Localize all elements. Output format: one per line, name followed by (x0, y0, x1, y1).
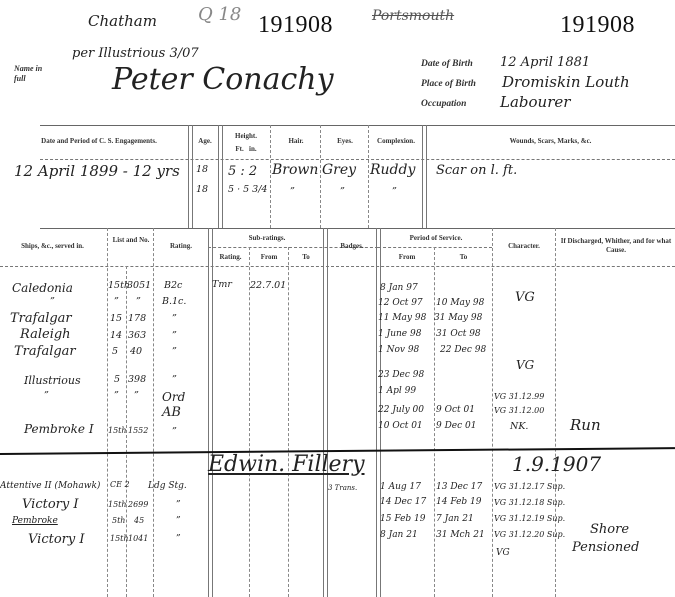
description-header-rule (40, 159, 675, 160)
number-ditto: ” (136, 296, 141, 307)
ship-name: Victory I (28, 532, 84, 547)
period-from: 1 Apl 99 (378, 386, 416, 396)
period-from: 8 Jan 21 (380, 530, 418, 540)
eyes-value: Grey (322, 162, 356, 178)
period-from: 1 Nov 98 (378, 345, 419, 355)
header-character: Character. (493, 242, 555, 250)
hair-value: Brown (272, 162, 318, 178)
height-value: 5 · 5 3/4 (228, 184, 267, 195)
rating-value: Ldg Stg. (148, 481, 187, 491)
age-value: 18 (196, 164, 208, 175)
header-eyes: Eyes. (322, 137, 368, 145)
list-value: 5 (114, 374, 120, 385)
character-value: VG 31.12.99 (494, 392, 544, 401)
header-sub-ratings: Sub-ratings. (212, 234, 322, 242)
engagement-date: 12 April 1899 - 12 yrs (14, 162, 180, 180)
period-from: 23 Dec 98 (378, 370, 424, 380)
ship-name: Pembroke I (24, 422, 94, 436)
period-to: 9 Oct 01 (436, 405, 475, 415)
struck-port: Portsmouth (372, 8, 454, 24)
header-list-no: List and No. (110, 236, 152, 245)
number-value: 178 (128, 313, 146, 324)
header-badges: Badges. (328, 242, 376, 250)
description-bottom-rule (40, 228, 675, 229)
period-from: 15 Feb 19 (380, 514, 425, 524)
rating-ditto: ” (176, 534, 181, 544)
header-sub-from: From (250, 253, 288, 261)
header-sub-rating: Rating. (212, 253, 249, 261)
list-value: 5 (112, 346, 118, 357)
col-divider (249, 247, 250, 597)
ship-ditto: ” (44, 390, 49, 401)
period-to: 31 Mch 21 (436, 530, 485, 540)
ship-name: Raleigh (20, 327, 71, 342)
height-value: 5 : 2 (228, 164, 257, 179)
rating-ditto: ” (172, 426, 177, 437)
list-ditto: ” (114, 296, 119, 307)
character-value: VG 31.12.18 Sup. (494, 498, 565, 507)
character-value: NK. (510, 421, 528, 432)
period-from: 10 Oct 01 (378, 421, 423, 431)
number-value: 40 (130, 346, 142, 357)
number-value: 1552 (128, 426, 148, 435)
discharge-reason: Pensioned (572, 540, 639, 555)
header-marks: Wounds, Scars, Marks, &c. (426, 137, 675, 145)
number-value: 363 (128, 330, 146, 341)
list-value: 5th (112, 516, 125, 525)
rating-value: Ord (162, 390, 185, 404)
age-value: 18 (196, 184, 208, 195)
service-subheader-rule (378, 247, 492, 248)
service-header-rule (0, 266, 675, 267)
character-value: VG (516, 358, 534, 372)
complexion-ditto: ” (392, 186, 397, 197)
header-period: Period of Service. (380, 234, 492, 242)
ship-name: Illustrious (24, 374, 81, 387)
ship-ditto: ” (50, 296, 55, 307)
port-annotation: Chatham (88, 12, 157, 30)
place-of-birth: Dromiskin Louth (502, 73, 630, 91)
period-from: 22 July 00 (378, 405, 424, 415)
occupation-label: Occupation (421, 99, 466, 109)
date-of-birth-label: Date of Birth (421, 59, 473, 69)
name-label: Name in full (14, 64, 54, 84)
col-divider (492, 228, 493, 597)
official-number-right: 191908 (560, 12, 635, 39)
period-from: 8 Jan 97 (380, 283, 418, 293)
col-divider (434, 247, 435, 597)
period-to: 7 Jan 21 (436, 514, 474, 524)
col-divider (323, 228, 328, 597)
rating-value: B.1c. (162, 296, 186, 307)
header-complexion: Complexion. (370, 137, 422, 145)
transfer-note: per Illustrious 3/07 (72, 46, 199, 61)
character-value: VG 31.12.19 Sup. (494, 514, 565, 523)
ship-name: Trafalgar (14, 344, 76, 359)
period-from: 12 Oct 97 (378, 298, 423, 308)
rating-ditto: ” (172, 330, 177, 341)
occupation: Labourer (500, 93, 570, 111)
marks-value: Scar on l. ft. (436, 163, 517, 178)
col-divider (288, 247, 289, 597)
alias-date: 1.9.1907 (512, 452, 601, 476)
col-divider (153, 228, 154, 597)
rating-ditto: ” (176, 516, 181, 526)
col-divider (368, 125, 369, 228)
header-period-from: From (380, 253, 434, 261)
header-ships: Ships, &c., served in. (0, 242, 105, 250)
period-from: 1 Aug 17 (380, 482, 421, 492)
alias-name: Edwin. Fillery (208, 452, 365, 477)
ship-name: Attentive II (Mohawk) (0, 481, 100, 491)
sub-from-value: 22.7.01 (250, 280, 286, 291)
number-value: 2699 (128, 500, 148, 509)
col-divider (270, 125, 271, 228)
number-value: 1041 (128, 534, 148, 543)
list-value: 14 (110, 330, 122, 341)
rating-value: B2c (164, 280, 182, 291)
period-to: 9 Dec 01 (436, 421, 476, 431)
number-ditto: ” (134, 390, 139, 401)
header-engagements: Date and Period of C. S. Engagements. (14, 137, 184, 145)
discharge-reason: Run (570, 416, 601, 434)
ship-name: Pembroke (12, 516, 58, 526)
header-discharged: If Discharged, Whither, and for what Cau… (560, 237, 672, 255)
character-value: VG 31.12.00 (494, 406, 544, 415)
period-from: 1 June 98 (378, 329, 421, 339)
rating-value: AB (162, 405, 181, 420)
col-divider (320, 125, 321, 228)
col-divider (555, 228, 556, 597)
header-height-units: Ft. in. (222, 145, 270, 153)
period-to: 31 May 98 (434, 313, 482, 323)
number-value: 45 (134, 516, 144, 525)
list-value: CE 2 (110, 480, 130, 489)
rating-ditto: ” (172, 346, 177, 357)
header-period-to: To (435, 253, 492, 261)
ship-name: Caledonia (12, 281, 73, 295)
character-value: VG (515, 290, 535, 305)
rating-ditto: ” (172, 374, 177, 385)
header-rating: Rating. (155, 242, 207, 250)
col-divider (218, 125, 223, 228)
list-value: 15th (108, 500, 127, 509)
place-of-birth-label: Place of Birth (421, 79, 476, 89)
list-value: 15th (110, 534, 129, 543)
list-value: 15 (110, 313, 122, 324)
ship-name: Victory I (22, 497, 78, 512)
rating-ditto: ” (172, 313, 177, 324)
period-to: 14 Feb 19 (436, 497, 481, 507)
complexion-value: Ruddy (370, 162, 415, 178)
description-top-rule (40, 125, 675, 126)
period-to: 31 Oct 98 (436, 329, 481, 339)
period-to: 10 May 98 (436, 298, 484, 308)
ship-name: Trafalgar (10, 311, 72, 326)
character-value: VG 31.12.20 Sup. (494, 530, 565, 539)
header-age: Age. (192, 137, 218, 145)
period-from: 11 May 98 (378, 313, 426, 323)
rating-ditto: ” (176, 500, 181, 510)
header-sub-to: To (289, 253, 323, 261)
eyes-ditto: ” (340, 186, 345, 197)
sub-rating-value: Tmr (212, 279, 232, 290)
official-number-left: 191908 (258, 12, 333, 39)
period-from: 14 Dec 17 (380, 497, 426, 507)
period-to: 22 Dec 98 (440, 345, 486, 355)
period-to: 13 Dec 17 (436, 482, 482, 492)
person-name: Peter Conachy (112, 62, 334, 97)
list-value: 15th (108, 426, 127, 435)
date-of-birth: 12 April 1881 (500, 55, 590, 70)
header-hair: Hair. (272, 137, 320, 145)
discharge-reason: Shore (590, 522, 629, 537)
pencil-note: Q 18 (198, 4, 241, 25)
hair-ditto: ” (290, 186, 295, 197)
badges-value: 3 Trans. (328, 484, 357, 492)
list-ditto: ” (114, 390, 119, 401)
number-value: 398 (128, 374, 146, 385)
character-value: VG 31.12.17 Sup. (494, 482, 565, 491)
number-value: 3051 (127, 280, 151, 291)
character-value: VG (496, 548, 510, 558)
header-height: Height. (222, 132, 270, 140)
